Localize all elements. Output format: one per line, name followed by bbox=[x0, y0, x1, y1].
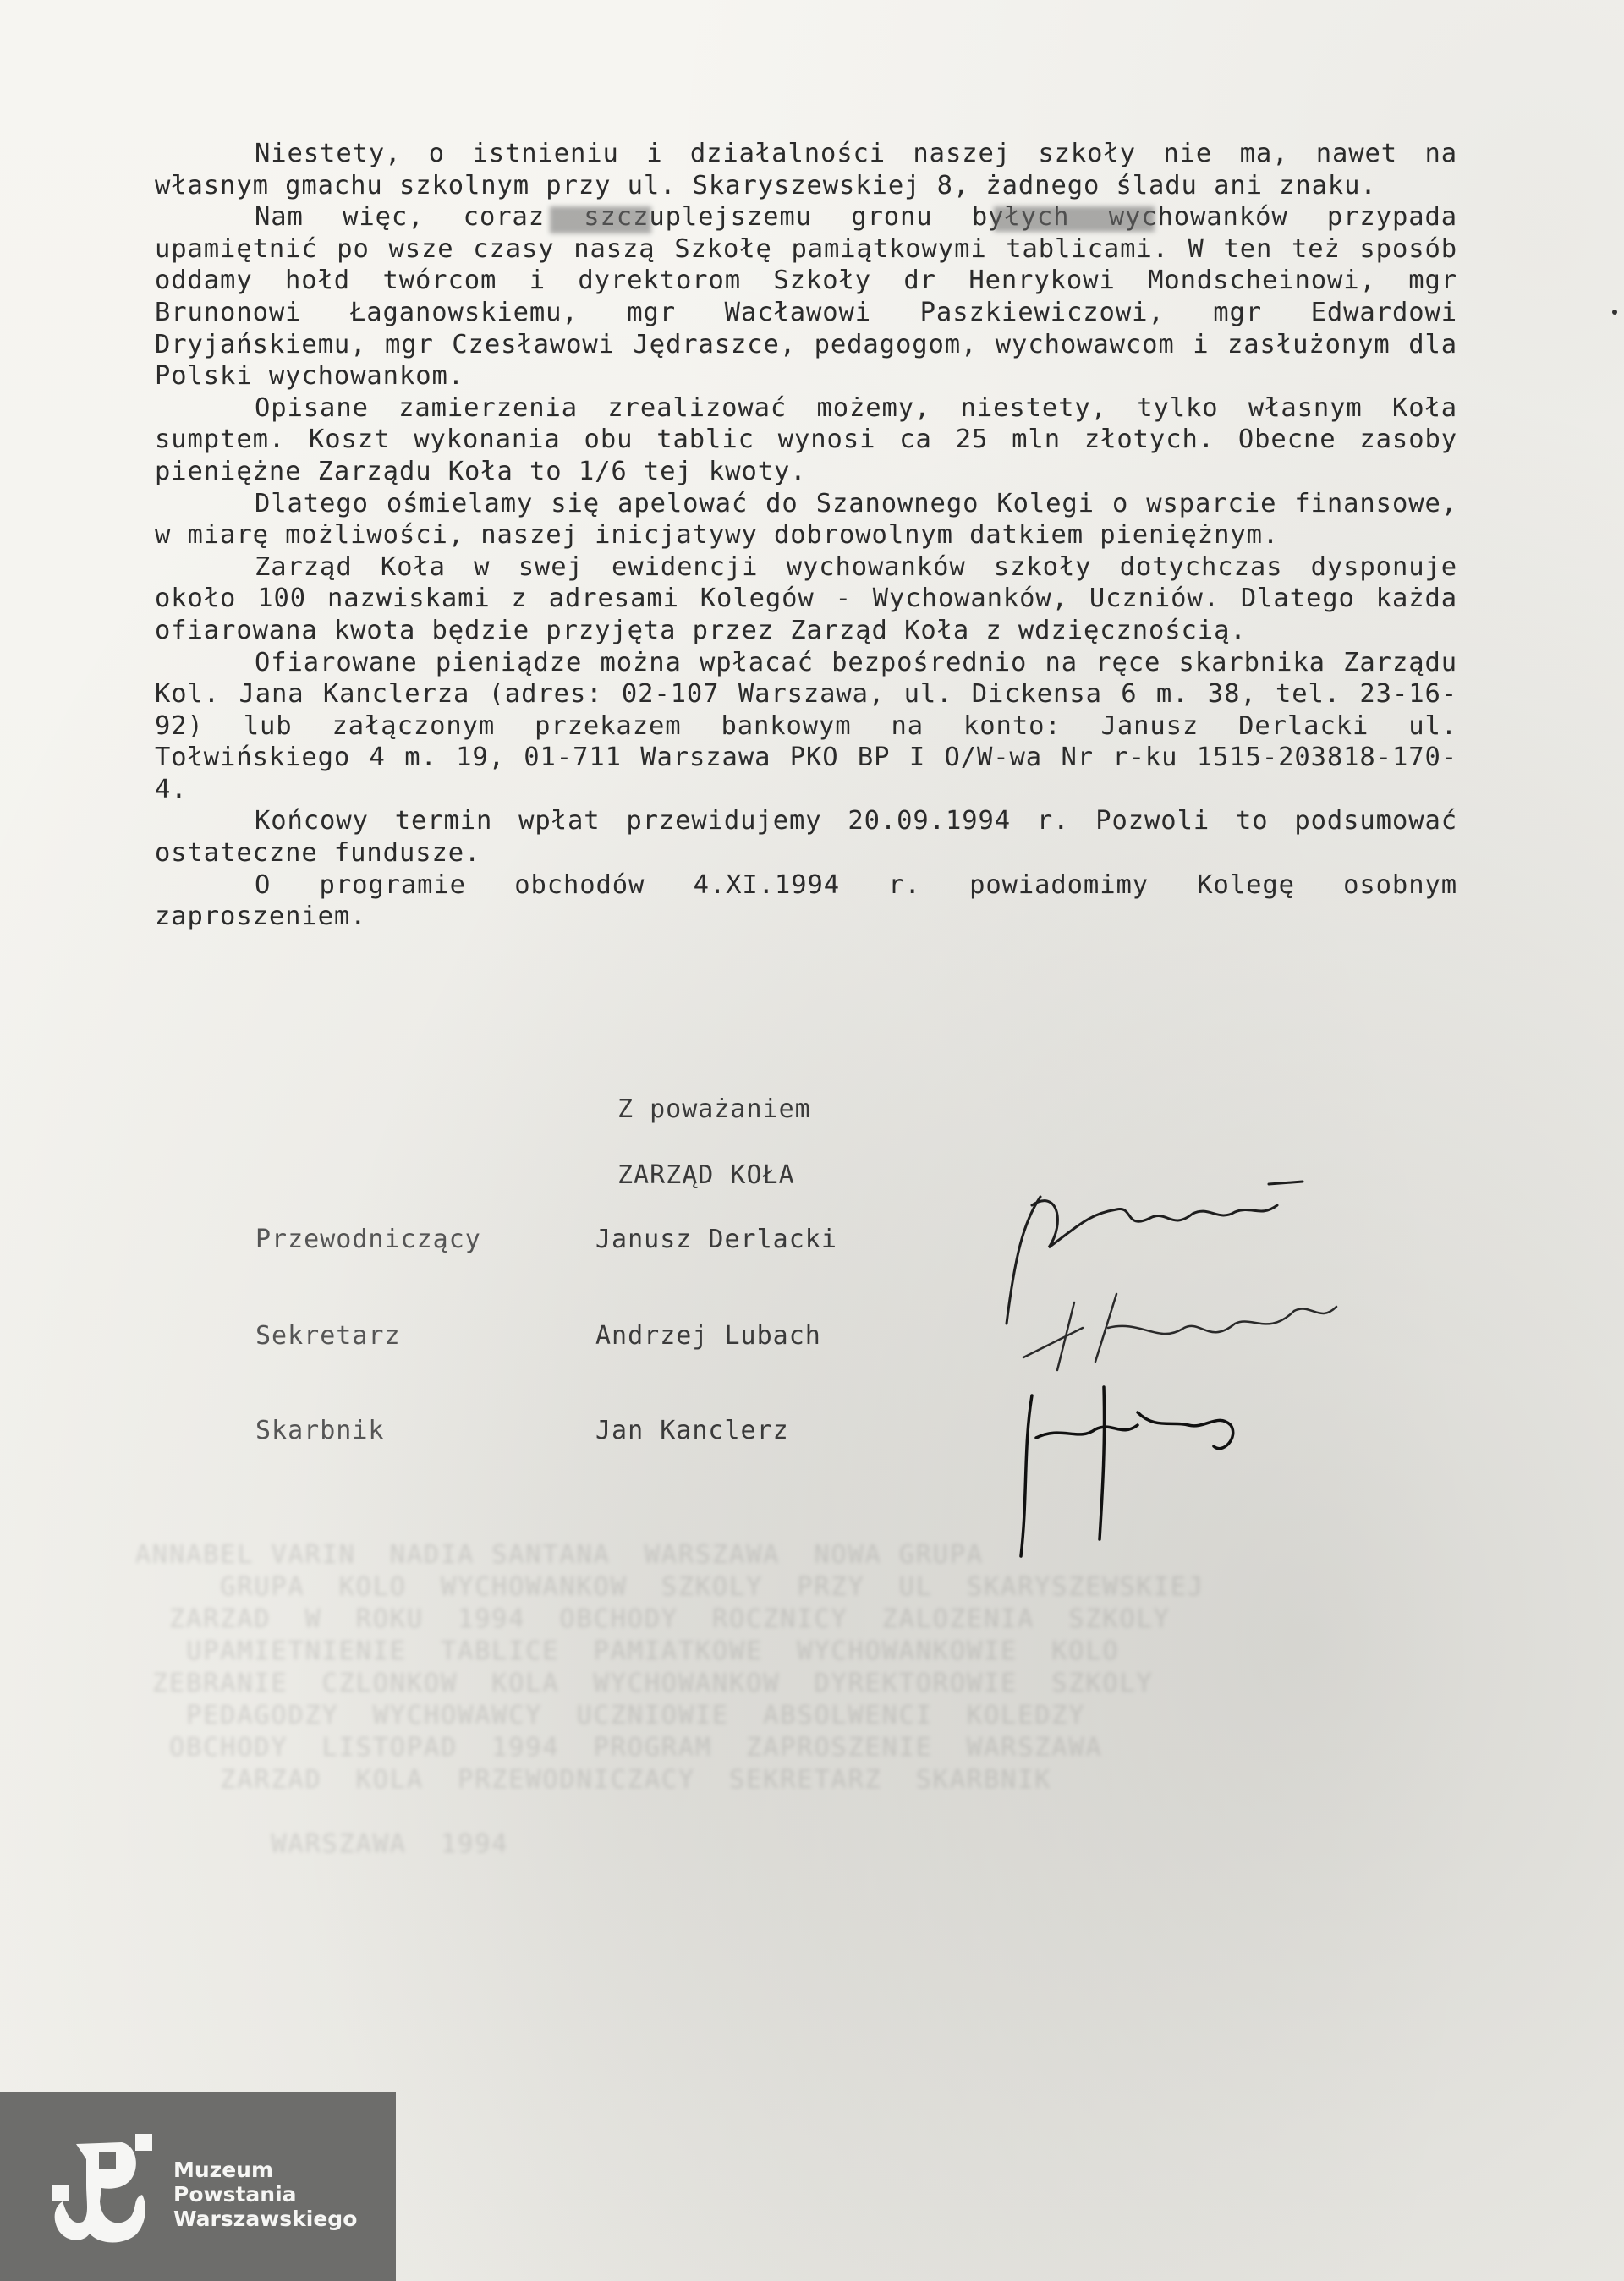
signatory-name: Jan Kanclerz bbox=[595, 1416, 789, 1445]
museum-name-line: Warszawskiego bbox=[173, 2207, 357, 2231]
signatory-row: Przewodniczący Janusz Derlacki bbox=[255, 1225, 837, 1254]
signatory-name: Janusz Derlacki bbox=[595, 1225, 837, 1254]
paragraph: Ofiarowane pieniądze można wpłacać bezpo… bbox=[155, 647, 1457, 806]
signatory-role: Przewodniczący bbox=[255, 1225, 595, 1254]
board-title: ZARZĄD KOŁA bbox=[617, 1160, 795, 1190]
signatory-role: Sekretarz bbox=[255, 1321, 595, 1351]
signatory-name: Andrzej Lubach bbox=[595, 1321, 821, 1351]
handwritten-signature-icon bbox=[1011, 1379, 1281, 1565]
signatory-role: Skarbnik bbox=[255, 1416, 595, 1445]
signatory-row: Skarbnik Jan Kanclerz bbox=[255, 1416, 789, 1445]
kotwica-anchor-logo-icon bbox=[52, 2134, 154, 2244]
signatory-row: Sekretarz Andrzej Lubach bbox=[255, 1321, 821, 1351]
museum-name-line: Powstania bbox=[173, 2182, 357, 2207]
museum-name: Muzeum Powstania Warszawskiego bbox=[173, 2158, 357, 2231]
paragraph: Opisane zamierzenia zrealizować możemy, … bbox=[155, 392, 1457, 488]
paragraph: Końcowy termin wpłat przewidujemy 20.09.… bbox=[155, 805, 1457, 869]
museum-name-line: Muzeum bbox=[173, 2158, 357, 2182]
smudge-mark bbox=[550, 206, 651, 233]
paragraph: Dlatego ośmielamy się apelować do Szanow… bbox=[155, 488, 1457, 551]
closing-salutation: Z poważaniem bbox=[617, 1094, 811, 1124]
smudge-mark bbox=[994, 206, 1155, 232]
paragraph: Niestety, o istnieniu i działalności nas… bbox=[155, 138, 1457, 201]
handwritten-signature-icon bbox=[1015, 1277, 1387, 1379]
museum-watermark: Muzeum Powstania Warszawskiego bbox=[0, 2092, 396, 2281]
paragraph: O programie obchodów 4.XI.1994 r. powiad… bbox=[155, 869, 1457, 933]
letter-body: Niestety, o istnieniu i działalności nas… bbox=[155, 138, 1457, 933]
paragraph: Nam więc, coraz szczuplejszemu gronu był… bbox=[155, 201, 1457, 392]
margin-mark bbox=[1612, 310, 1617, 315]
paragraph: Zarząd Koła w swej ewidencji wychowanków… bbox=[155, 551, 1457, 647]
